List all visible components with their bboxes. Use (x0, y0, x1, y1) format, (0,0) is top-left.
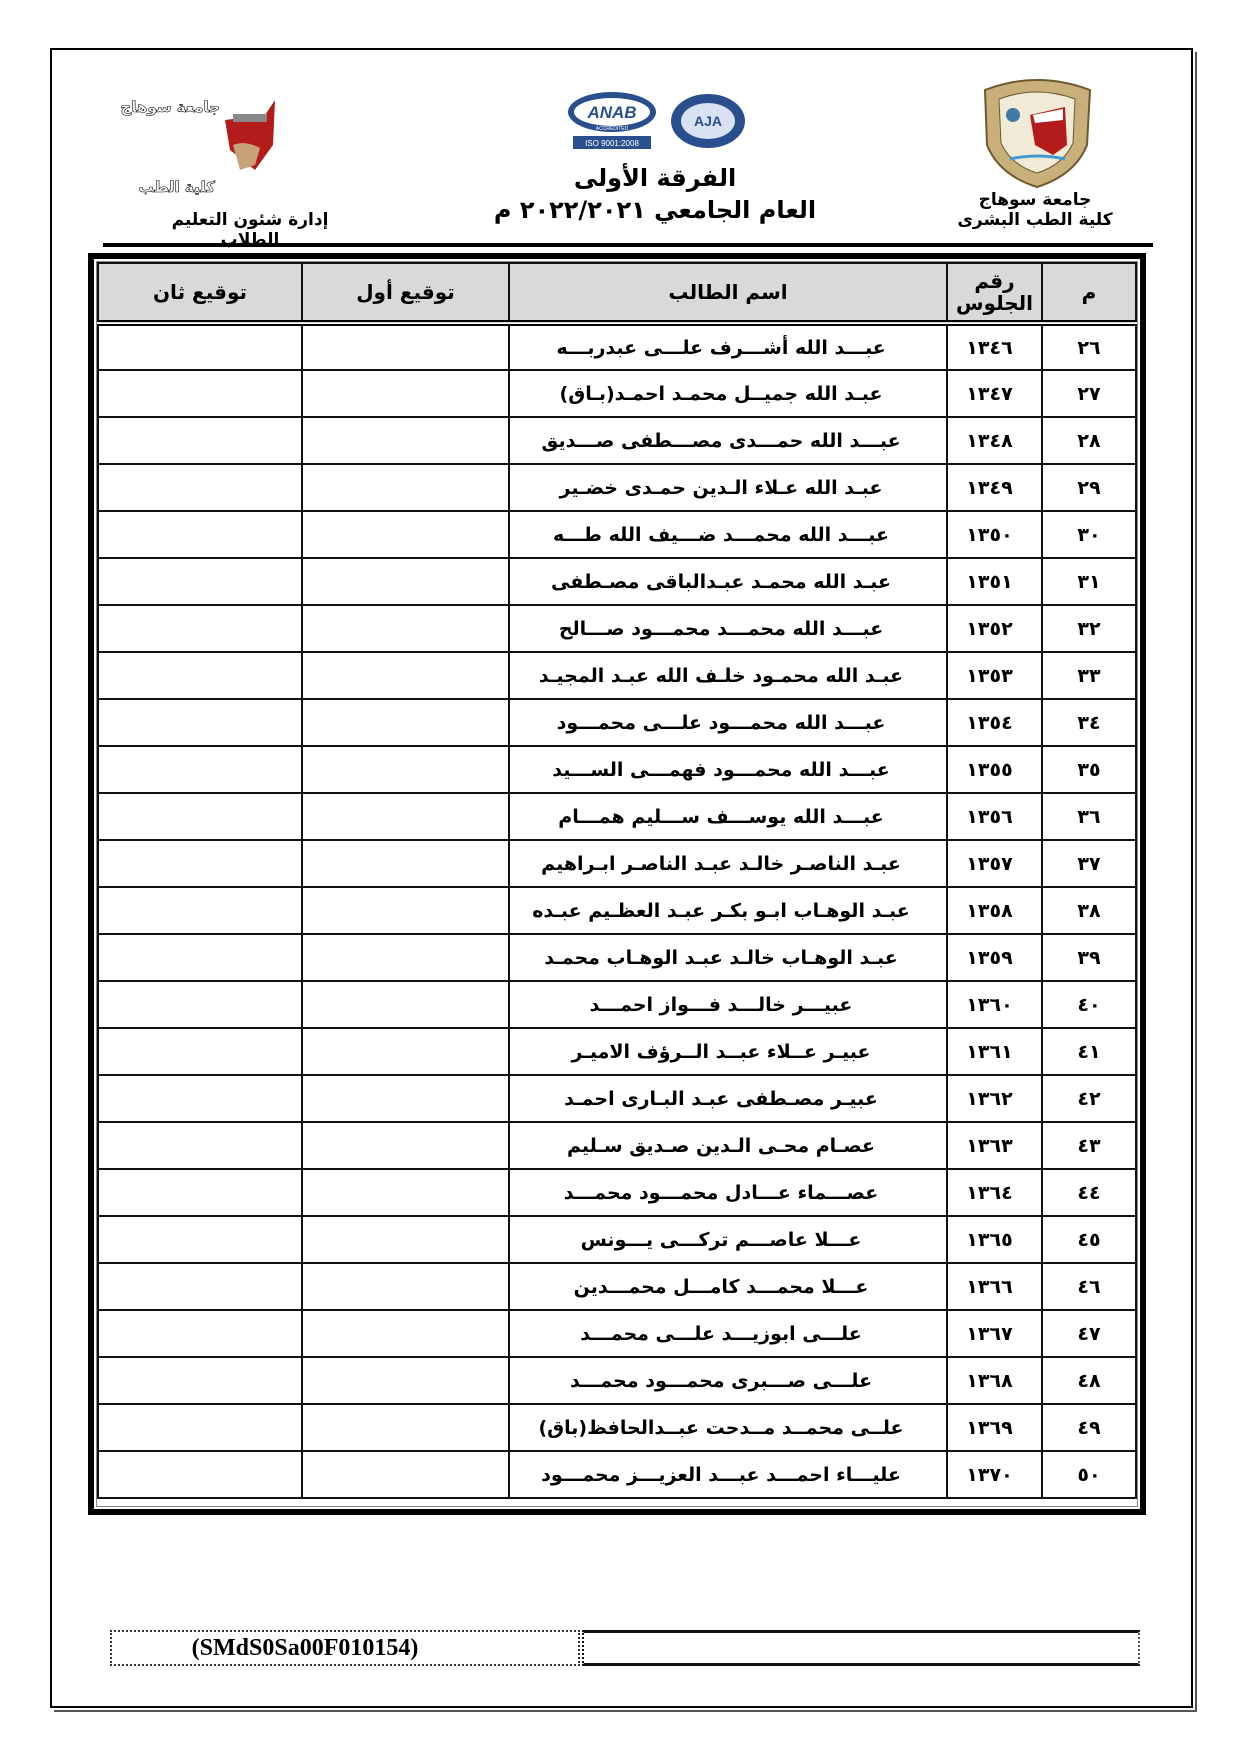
table-row: ٤٩١٣٦٩علــى محمــد مــدحت عبــدالحافظ(با… (98, 1404, 1136, 1451)
first-signature-field[interactable] (302, 1028, 509, 1075)
seat-number: ١٣٤٨ (947, 417, 1042, 464)
seat-number: ١٣٤٧ (947, 370, 1042, 417)
seat-number: ١٣٤٦ (947, 323, 1042, 370)
second-signature-field[interactable] (98, 605, 302, 652)
seat-number: ١٣٤٩ (947, 464, 1042, 511)
seat-number: ١٣٥٦ (947, 793, 1042, 840)
table-row: ٤٨١٣٦٨علـــى صـــبرى محمـــود محمـــد (98, 1357, 1136, 1404)
student-name: عبـد الله محمـد عبـدالباقى مصـطفى (509, 558, 947, 605)
first-signature-field[interactable] (302, 1451, 509, 1498)
seat-number: ١٣٥٣ (947, 652, 1042, 699)
student-name: عبـد الله عـلاء الـدين حمـدى خضـير (509, 464, 947, 511)
student-name: عبـد الوهـاب خالـد عبـد الوهـاب محمـد (509, 934, 947, 981)
seat-number: ١٣٦٦ (947, 1263, 1042, 1310)
first-signature-field[interactable] (302, 934, 509, 981)
second-signature-field[interactable] (98, 1216, 302, 1263)
row-index: ٤٨ (1042, 1357, 1136, 1404)
second-signature-field[interactable] (98, 934, 302, 981)
student-name: عصـام محـى الـدين صـديق سـليم (509, 1122, 947, 1169)
seat-number: ١٣٦٠ (947, 981, 1042, 1028)
table-row: ٣٩١٣٥٩عبـد الوهـاب خالـد عبـد الوهـاب مح… (98, 934, 1136, 981)
first-signature-field[interactable] (302, 558, 509, 605)
first-signature-field[interactable] (302, 605, 509, 652)
row-index: ٥٠ (1042, 1451, 1136, 1498)
seat-number: ١٣٦٥ (947, 1216, 1042, 1263)
row-index: ٢٨ (1042, 417, 1136, 464)
table-row: ٥٠١٣٧٠عليـــاء احمـــد عبـــد العزيـــز … (98, 1451, 1136, 1498)
student-name: عبيـر عــلاء عبــد الــرؤف الاميـر (509, 1028, 947, 1075)
table-row: ٢٦١٣٤٦عبـــد الله أشـــرف علـــى عبدربــ… (98, 323, 1136, 370)
second-signature-field[interactable] (98, 323, 302, 370)
student-name: عبـــد الله محمـــود فهمـــى الســـيد (509, 746, 947, 793)
row-index: ٤٩ (1042, 1404, 1136, 1451)
svg-text:كلية الطب: كلية الطب (138, 178, 215, 196)
svg-text:ANAB: ANAB (586, 103, 636, 122)
second-signature-field[interactable] (98, 1357, 302, 1404)
seat-number: ١٣٦٤ (947, 1169, 1042, 1216)
header-divider (103, 243, 1153, 247)
row-index: ٤٥ (1042, 1216, 1136, 1263)
second-signature-field[interactable] (98, 981, 302, 1028)
table-row: ٣٨١٣٥٨عبـد الوهـاب ابـو بكـر عبـد العظـي… (98, 887, 1136, 934)
certification-logos: ANAB ACCREDITED ISO 9001:2008 AJA (475, 90, 835, 160)
roster-grid: م رقم الجلوس اسم الطالب توقيع أول توقيع … (97, 262, 1137, 1499)
title-block: ANAB ACCREDITED ISO 9001:2008 AJA الفرقة… (475, 90, 835, 224)
first-signature-field[interactable] (302, 746, 509, 793)
table-row: ٣٦١٣٥٦عبـــد الله يوســـف ســـليم همـــا… (98, 793, 1136, 840)
table-row: ٤٤١٣٦٤عصـــماء عـــادل محمـــود محمـــد (98, 1169, 1136, 1216)
second-signature-field[interactable] (98, 558, 302, 605)
anab-logo: ANAB ACCREDITED ISO 9001:2008 (565, 90, 660, 152)
table-row: ٤١١٣٦١عبيـر عــلاء عبــد الــرؤف الاميـر (98, 1028, 1136, 1075)
svg-text:ISO 9001:2008: ISO 9001:2008 (585, 139, 639, 148)
svg-text:جامعة سوهاج: جامعة سوهاج (120, 98, 220, 116)
first-signature-field[interactable] (302, 1216, 509, 1263)
second-signature-field[interactable] (98, 887, 302, 934)
student-name: عبـــد الله يوســـف ســـليم همـــام (509, 793, 947, 840)
first-signature-field[interactable] (302, 840, 509, 887)
student-name: عبيـر مصـطفى عبـد البـارى احمـد (509, 1075, 947, 1122)
table-row: ٢٨١٣٤٨عبـــد الله حمـــدى مصـــطفى صـــد… (98, 417, 1136, 464)
second-signature-field[interactable] (98, 464, 302, 511)
second-signature-field[interactable] (98, 370, 302, 417)
second-signature-field[interactable] (98, 1028, 302, 1075)
row-index: ٤٢ (1042, 1075, 1136, 1122)
document-code: (SMdS0Sa00F010154) (110, 1630, 580, 1666)
student-name: عبـــد الله حمـــدى مصـــطفى صـــديق (509, 417, 947, 464)
student-roster-table: م رقم الجلوس اسم الطالب توقيع أول توقيع … (88, 253, 1146, 1515)
row-index: ٤١ (1042, 1028, 1136, 1075)
seat-number: ١٣٥٥ (947, 746, 1042, 793)
student-name: عبـد الناصـر خالـد عبـد الناصـر ابـراهيم (509, 840, 947, 887)
first-signature-field[interactable] (302, 1075, 509, 1122)
row-index: ٣٤ (1042, 699, 1136, 746)
seat-number: ١٣٦٣ (947, 1122, 1042, 1169)
seat-number: ١٣٥٤ (947, 699, 1042, 746)
seat-number: ١٣٥٠ (947, 511, 1042, 558)
column-header-second-signature: توقيع ثان (98, 263, 302, 323)
second-signature-field[interactable] (98, 1451, 302, 1498)
second-signature-field[interactable] (98, 793, 302, 840)
column-header-seat-number: رقم الجلوس (947, 263, 1042, 323)
row-index: ٣٦ (1042, 793, 1136, 840)
column-header-student-name: اسم الطالب (509, 263, 947, 323)
table-row: ٢٩١٣٤٩عبـد الله عـلاء الـدين حمـدى خضـير (98, 464, 1136, 511)
footer-code-area: (SMdS0Sa00F010154) (110, 1630, 1140, 1668)
first-signature-field[interactable] (302, 1357, 509, 1404)
university-name: جامعة سوهاج (955, 190, 1115, 210)
student-name: عبـــد الله محمـــود علـــى محمـــود (509, 699, 947, 746)
row-index: ٢٦ (1042, 323, 1136, 370)
table-row: ٣٥١٣٥٥عبـــد الله محمـــود فهمـــى الســ… (98, 746, 1136, 793)
row-index: ٣٧ (1042, 840, 1136, 887)
table-header-row: م رقم الجلوس اسم الطالب توقيع أول توقيع … (98, 263, 1136, 323)
student-name: عبـد الوهـاب ابـو بكـر عبـد العظـيم عبـد… (509, 887, 947, 934)
row-index: ٣٠ (1042, 511, 1136, 558)
row-index: ٣٣ (1042, 652, 1136, 699)
first-signature-field[interactable] (302, 1122, 509, 1169)
blank-footer-box (582, 1630, 1140, 1666)
student-name: علـــى ابوزيـــد علـــى محمـــد (509, 1310, 947, 1357)
second-signature-field[interactable] (98, 1169, 302, 1216)
first-signature-field[interactable] (302, 323, 509, 370)
university-name-block: جامعة سوهاج كلية الطب البشرى (955, 190, 1115, 230)
row-index: ٢٧ (1042, 370, 1136, 417)
row-index: ٤٤ (1042, 1169, 1136, 1216)
row-index: ٤٦ (1042, 1263, 1136, 1310)
first-signature-field[interactable] (302, 1310, 509, 1357)
table-row: ٤٠١٣٦٠عبيـــر خالـــد فـــواز احمـــد (98, 981, 1136, 1028)
seat-number: ١٣٦٢ (947, 1075, 1042, 1122)
svg-text:ACCREDITED: ACCREDITED (596, 126, 629, 132)
student-name: عبـد الله جميــل محمـد احمـد(بـاق) (509, 370, 947, 417)
seat-number: ١٣٥١ (947, 558, 1042, 605)
student-name: عبـــد الله أشـــرف علـــى عبدربـــه (509, 323, 947, 370)
second-signature-field[interactable] (98, 1404, 302, 1451)
row-index: ٤٠ (1042, 981, 1136, 1028)
first-signature-field[interactable] (302, 370, 509, 417)
table-row: ٣٤١٣٥٤عبـــد الله محمـــود علـــى محمـــ… (98, 699, 1136, 746)
first-signature-field[interactable] (302, 981, 509, 1028)
column-header-first-signature: توقيع أول (302, 263, 509, 323)
second-signature-field[interactable] (98, 746, 302, 793)
first-signature-field[interactable] (302, 793, 509, 840)
student-name: عبيـــر خالـــد فـــواز احمـــد (509, 981, 947, 1028)
student-name: عليـــاء احمـــد عبـــد العزيـــز محمـــ… (509, 1451, 947, 1498)
student-name: عصـــماء عـــادل محمـــود محمـــد (509, 1169, 947, 1216)
table-row: ٤٢١٣٦٢عبيـر مصـطفى عبـد البـارى احمـد (98, 1075, 1136, 1122)
first-signature-field[interactable] (302, 1263, 509, 1310)
faculty-logo: جامعة سوهاج كلية الطب (115, 90, 305, 200)
row-index: ٢٩ (1042, 464, 1136, 511)
level-title: الفرقة الأولى (475, 164, 835, 192)
row-index: ٣٢ (1042, 605, 1136, 652)
table-row: ٤٧١٣٦٧علـــى ابوزيـــد علـــى محمـــد (98, 1310, 1136, 1357)
row-index: ٣٩ (1042, 934, 1136, 981)
row-index: ٤٧ (1042, 1310, 1136, 1357)
first-signature-field[interactable] (302, 511, 509, 558)
table-row: ٤٦١٣٦٦عـــلا محمـــد كامـــل محمـــدين (98, 1263, 1136, 1310)
seat-number: ١٣٧٠ (947, 1451, 1042, 1498)
seat-number: ١٣٥٢ (947, 605, 1042, 652)
student-name: عبـــد الله محمـــد محمـــود صـــالح (509, 605, 947, 652)
first-signature-field[interactable] (302, 699, 509, 746)
seat-number: ١٣٦١ (947, 1028, 1042, 1075)
student-name: عبـد الله محمـود خلـف الله عبـد المجيـد (509, 652, 947, 699)
student-name: علـــى صـــبرى محمـــود محمـــد (509, 1357, 947, 1404)
academic-year-title: العام الجامعي ٢٠٢٢/٢٠٢١ م (475, 196, 835, 224)
row-index: ٣٨ (1042, 887, 1136, 934)
university-logo (975, 75, 1100, 190)
faculty-name: كلية الطب البشرى (955, 210, 1115, 230)
first-signature-field[interactable] (302, 652, 509, 699)
second-signature-field[interactable] (98, 511, 302, 558)
table-body: ٢٦١٣٤٦عبـــد الله أشـــرف علـــى عبدربــ… (98, 323, 1136, 1498)
seat-number: ١٣٥٧ (947, 840, 1042, 887)
first-signature-field[interactable] (302, 464, 509, 511)
second-signature-field[interactable] (98, 1263, 302, 1310)
seat-number: ١٣٦٨ (947, 1357, 1042, 1404)
student-name: عـــلا محمـــد كامـــل محمـــدين (509, 1263, 947, 1310)
svg-text:AJA: AJA (694, 113, 722, 129)
row-index: ٣٥ (1042, 746, 1136, 793)
table-row: ٣٢١٣٥٢عبـــد الله محمـــد محمـــود صـــا… (98, 605, 1136, 652)
seat-number: ١٣٦٩ (947, 1404, 1042, 1451)
first-signature-field[interactable] (302, 1169, 509, 1216)
student-name: علــى محمــد مــدحت عبــدالحافظ(باق) (509, 1404, 947, 1451)
table-row: ٣١١٣٥١عبـد الله محمـد عبـدالباقى مصـطفى (98, 558, 1136, 605)
row-index: ٤٣ (1042, 1122, 1136, 1169)
seat-number: ١٣٥٩ (947, 934, 1042, 981)
first-signature-field[interactable] (302, 1404, 509, 1451)
seat-number: ١٣٥٨ (947, 887, 1042, 934)
second-signature-field[interactable] (98, 1075, 302, 1122)
document-header: جامعة سوهاج كلية الطب إدارة شئون التعليم… (95, 70, 1155, 245)
first-signature-field[interactable] (302, 417, 509, 464)
seat-number: ١٣٦٧ (947, 1310, 1042, 1357)
student-name: عبـــد الله محمـــد ضـــيف الله طـــه (509, 511, 947, 558)
table-row: ٢٧١٣٤٧عبـد الله جميــل محمـد احمـد(بـاق) (98, 370, 1136, 417)
aja-logo: AJA (668, 92, 748, 150)
table-row: ٣٣١٣٥٣عبـد الله محمـود خلـف الله عبـد ال… (98, 652, 1136, 699)
second-signature-field[interactable] (98, 652, 302, 699)
first-signature-field[interactable] (302, 887, 509, 934)
row-index: ٣١ (1042, 558, 1136, 605)
table-row: ٤٥١٣٦٥عـــلا عاصـــم تركـــى يـــونس (98, 1216, 1136, 1263)
table-row: ٤٣١٣٦٣عصـام محـى الـدين صـديق سـليم (98, 1122, 1136, 1169)
table-row: ٣٧١٣٥٧عبـد الناصـر خالـد عبـد الناصـر اب… (98, 840, 1136, 887)
column-header-index: م (1042, 263, 1136, 323)
second-signature-field[interactable] (98, 1122, 302, 1169)
second-signature-field[interactable] (98, 699, 302, 746)
second-signature-field[interactable] (98, 840, 302, 887)
second-signature-field[interactable] (98, 417, 302, 464)
student-name: عـــلا عاصـــم تركـــى يـــونس (509, 1216, 947, 1263)
second-signature-field[interactable] (98, 1310, 302, 1357)
table-row: ٣٠١٣٥٠عبـــد الله محمـــد ضـــيف الله طـ… (98, 511, 1136, 558)
